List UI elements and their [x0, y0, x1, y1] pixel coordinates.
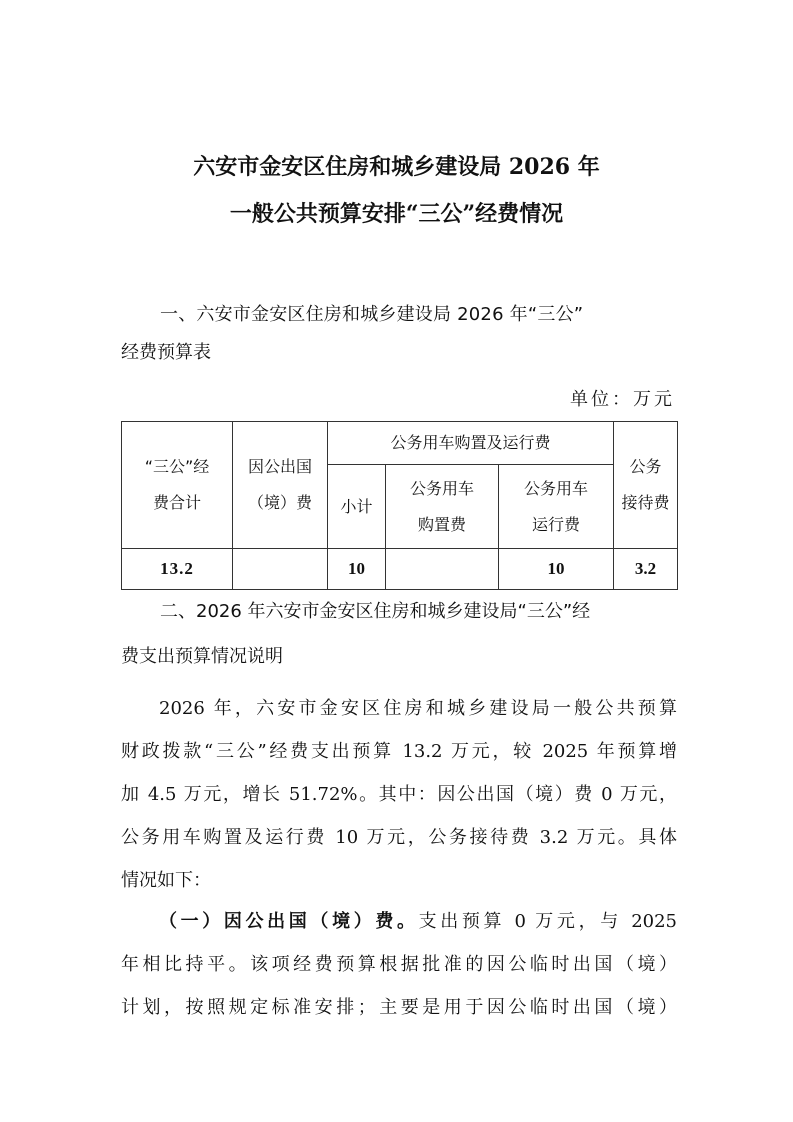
summary-paragraph: 2026 年，六安市金安区住房和城乡建设局一般公共预算 财政拨款“三公”经费支出…: [121, 687, 677, 902]
summary-line: 2026 年，六安市金安区住房和城乡建设局一般公共预算: [121, 687, 677, 730]
header-operation-line-2: 运行费: [499, 507, 613, 543]
summary-line: 公务用车购置及运行费 10 万元，公务接待费 3.2 万元。具体: [121, 816, 677, 859]
summary-line: 情况如下：: [121, 859, 677, 902]
section-1-heading: 一、六安市金安区住房和城乡建设局 2026 年“三公”: [160, 300, 583, 326]
header-purchase-line-1: 公务用车: [386, 471, 498, 507]
abroad-expense-line: （一）因公出国（境）费。支出预算 0 万元，与 2025: [121, 900, 677, 943]
header-abroad-line-2: （境）费: [233, 485, 327, 521]
cell-operation: 10: [499, 549, 614, 590]
section-2-heading: 二、2026 年六安市金安区住房和城乡建设局“三公”经: [160, 597, 590, 623]
document-title-line-1: 六安市金安区住房和城乡建设局 2026 年: [0, 150, 793, 181]
header-total: “三公”经 费合计: [122, 422, 233, 549]
abroad-expense-line: 计划，按照规定标准安排；主要是用于因公临时出国（境）: [121, 986, 677, 1029]
cell-abroad: [233, 549, 328, 590]
header-abroad-line-1: 因公出国: [233, 449, 327, 485]
document-title-line-2: 一般公共预算安排“三公”经费情况: [0, 197, 793, 228]
header-total-line-1: “三公”经: [122, 449, 232, 485]
abroad-expense-paragraph: （一）因公出国（境）费。支出预算 0 万元，与 2025 年相比持平。该项经费预…: [121, 900, 677, 1029]
cell-purchase: [386, 549, 499, 590]
summary-line: 财政拨款“三公”经费支出预算 13.2 万元，较 2025 年预算增: [121, 730, 677, 773]
cell-total: 13.2: [122, 549, 233, 590]
header-reception-line-2: 接待费: [614, 485, 677, 521]
header-subtotal: 小计: [328, 465, 386, 549]
header-vehicle-group: 公务用车购置及运行费: [328, 422, 614, 465]
header-total-line-2: 费合计: [122, 485, 232, 521]
cell-reception: 3.2: [614, 549, 678, 590]
header-purchase: 公务用车 购置费: [386, 465, 499, 549]
abroad-expense-heading: （一）因公出国（境）费。: [159, 911, 419, 932]
summary-line: 加 4.5 万元，增长 51.72%。其中：因公出国（境）费 0 万元，: [121, 773, 677, 816]
header-purchase-line-2: 购置费: [386, 507, 498, 543]
header-reception: 公务 接待费: [614, 422, 678, 549]
section-2-heading-continued: 费支出预算情况说明: [121, 642, 283, 668]
abroad-expense-text: 支出预算 0 万元，与 2025: [419, 911, 677, 932]
section-1-heading-continued: 经费预算表: [121, 338, 211, 364]
header-reception-line-1: 公务: [614, 449, 677, 485]
abroad-expense-line: 年相比持平。该项经费预算根据批准的因公临时出国（境）: [121, 943, 677, 986]
header-abroad: 因公出国 （境）费: [233, 422, 328, 549]
header-operation-line-1: 公务用车: [499, 471, 613, 507]
budget-table: “三公”经 费合计 因公出国 （境）费 公务用车购置及运行费 公务 接待费 小计…: [121, 421, 678, 590]
unit-label: 单位：万元: [570, 385, 675, 411]
cell-subtotal: 10: [328, 549, 386, 590]
header-operation: 公务用车 运行费: [499, 465, 614, 549]
table-row: 13.2 10 10 3.2: [122, 549, 678, 590]
